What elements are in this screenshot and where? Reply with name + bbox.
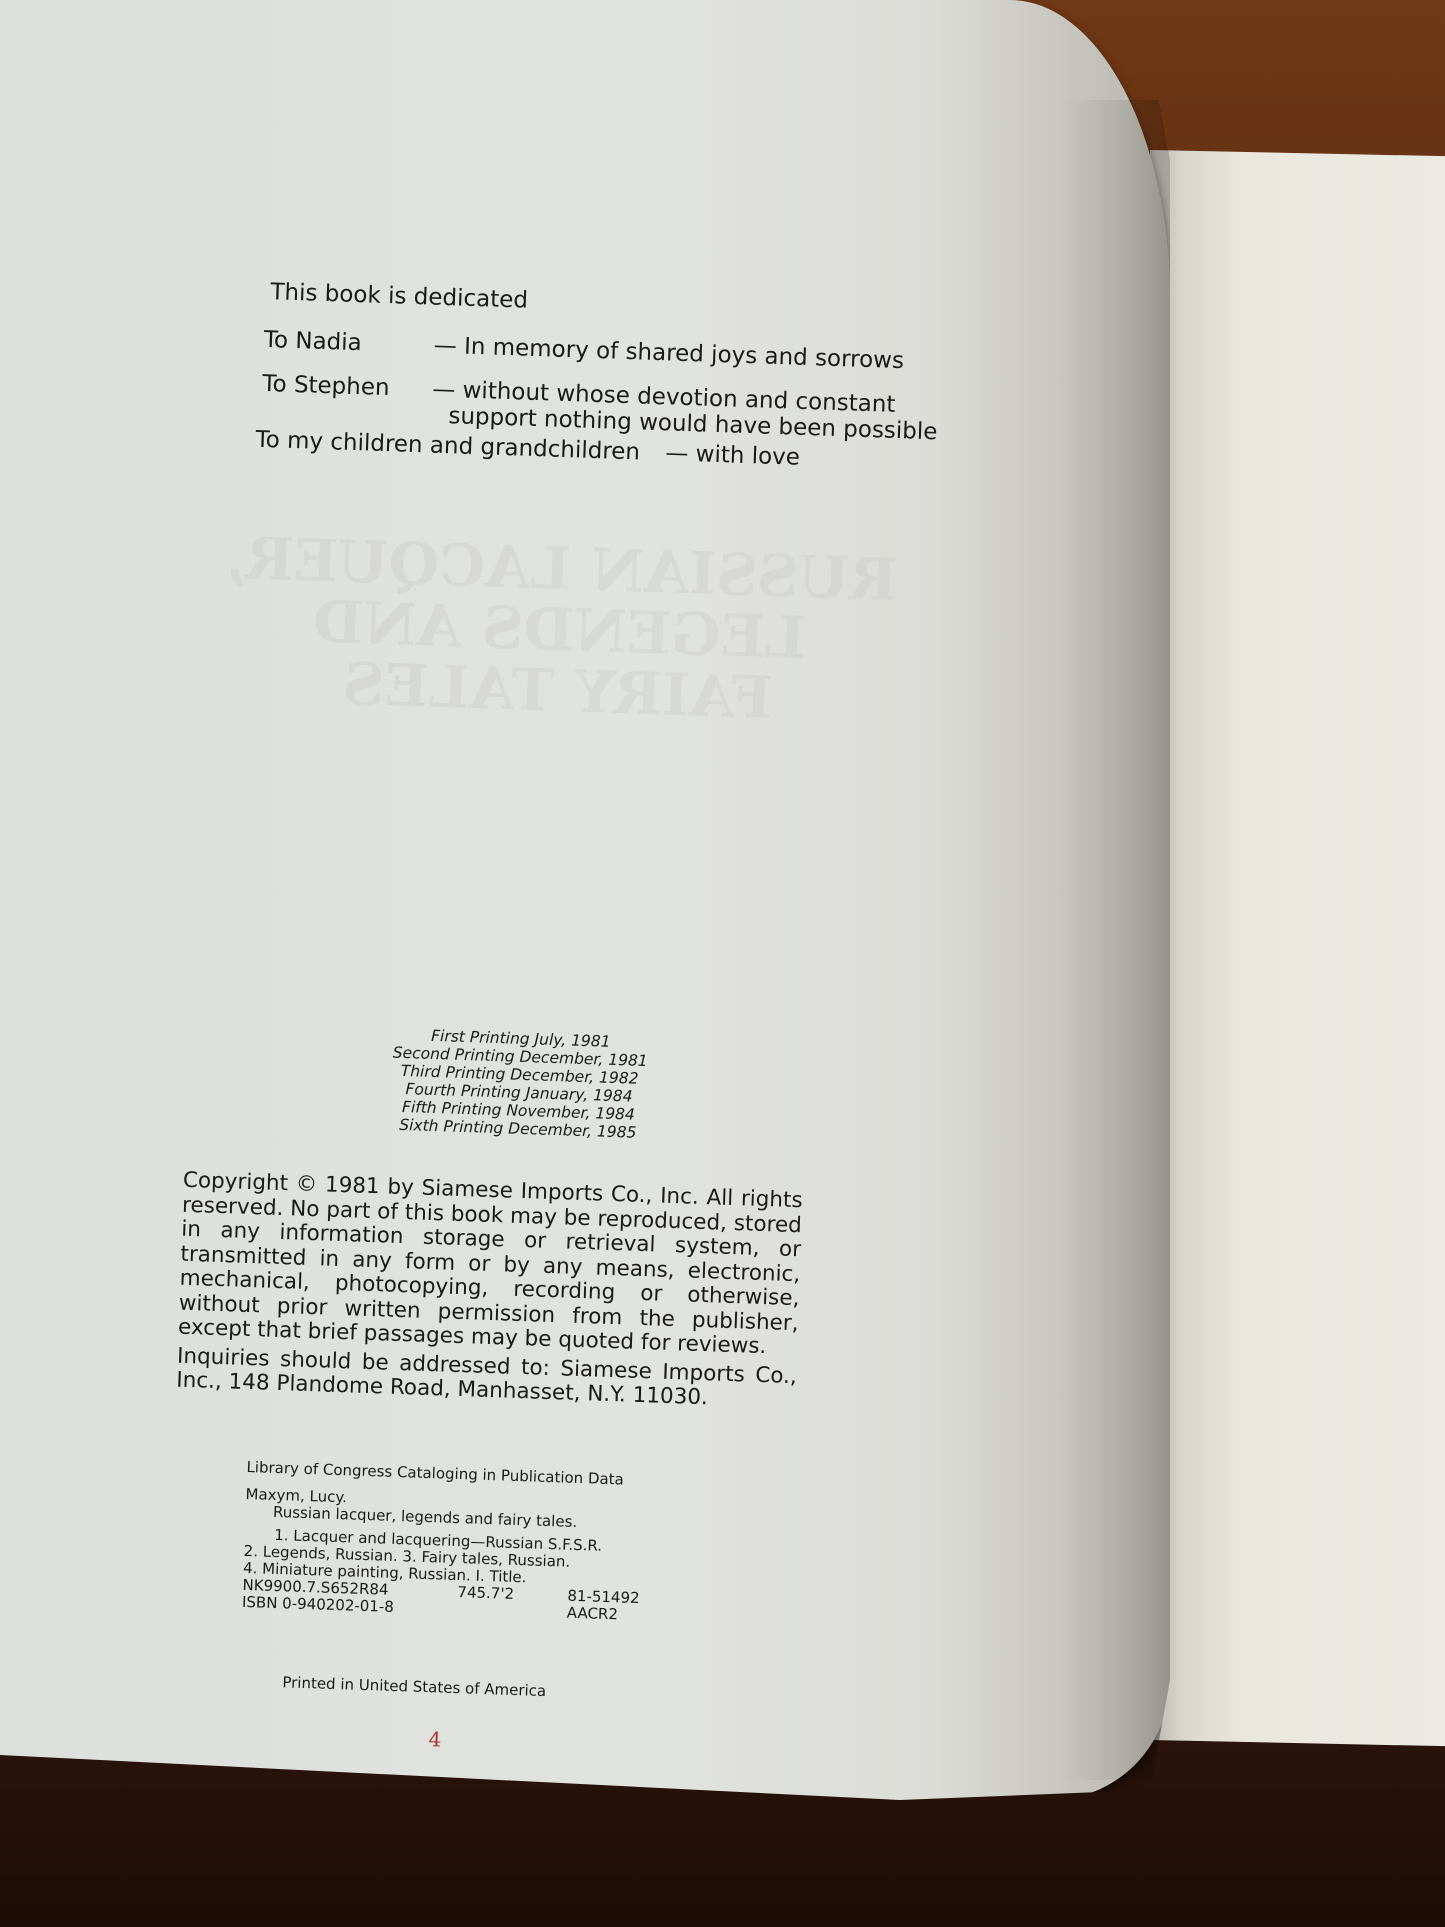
dedication-to: To Nadia xyxy=(263,327,362,358)
cataloging-in-publication-data: Library of Congress Cataloging in Public… xyxy=(242,1459,707,1626)
printing-history: First Printing July, 1981 Second Printin… xyxy=(368,1025,671,1143)
copyright-paragraph: Copyright © 1981 by Siamese Imports Co.,… xyxy=(178,1169,803,1361)
page-number: 4 xyxy=(428,1727,442,1751)
page-content: This book is dedicated To Nadia — In mem… xyxy=(0,0,1169,1838)
show-through-line: LEGENDS AND FAIRY TALES xyxy=(207,588,911,733)
left-book-page: This book is dedicated To Nadia — In mem… xyxy=(0,0,1170,1800)
dedication-heading: This book is dedicated xyxy=(270,279,528,315)
copyright-notice: Copyright © 1981 by Siamese Imports Co.,… xyxy=(176,1169,803,1414)
cip-rules: AACR2 xyxy=(567,1605,687,1626)
printed-in-notice: Printed in United States of America xyxy=(282,1673,546,1700)
dedication-text: — In memory of shared joys and sorrows xyxy=(433,333,904,376)
dedication-text: — with love xyxy=(665,440,800,472)
show-through-title: RUSSIAN LACQUER, LEGENDS AND FAIRY TALES xyxy=(207,527,913,733)
right-facing-page: F Li xyxy=(1150,150,1445,1747)
dedication-to: To Stephen xyxy=(262,371,390,403)
